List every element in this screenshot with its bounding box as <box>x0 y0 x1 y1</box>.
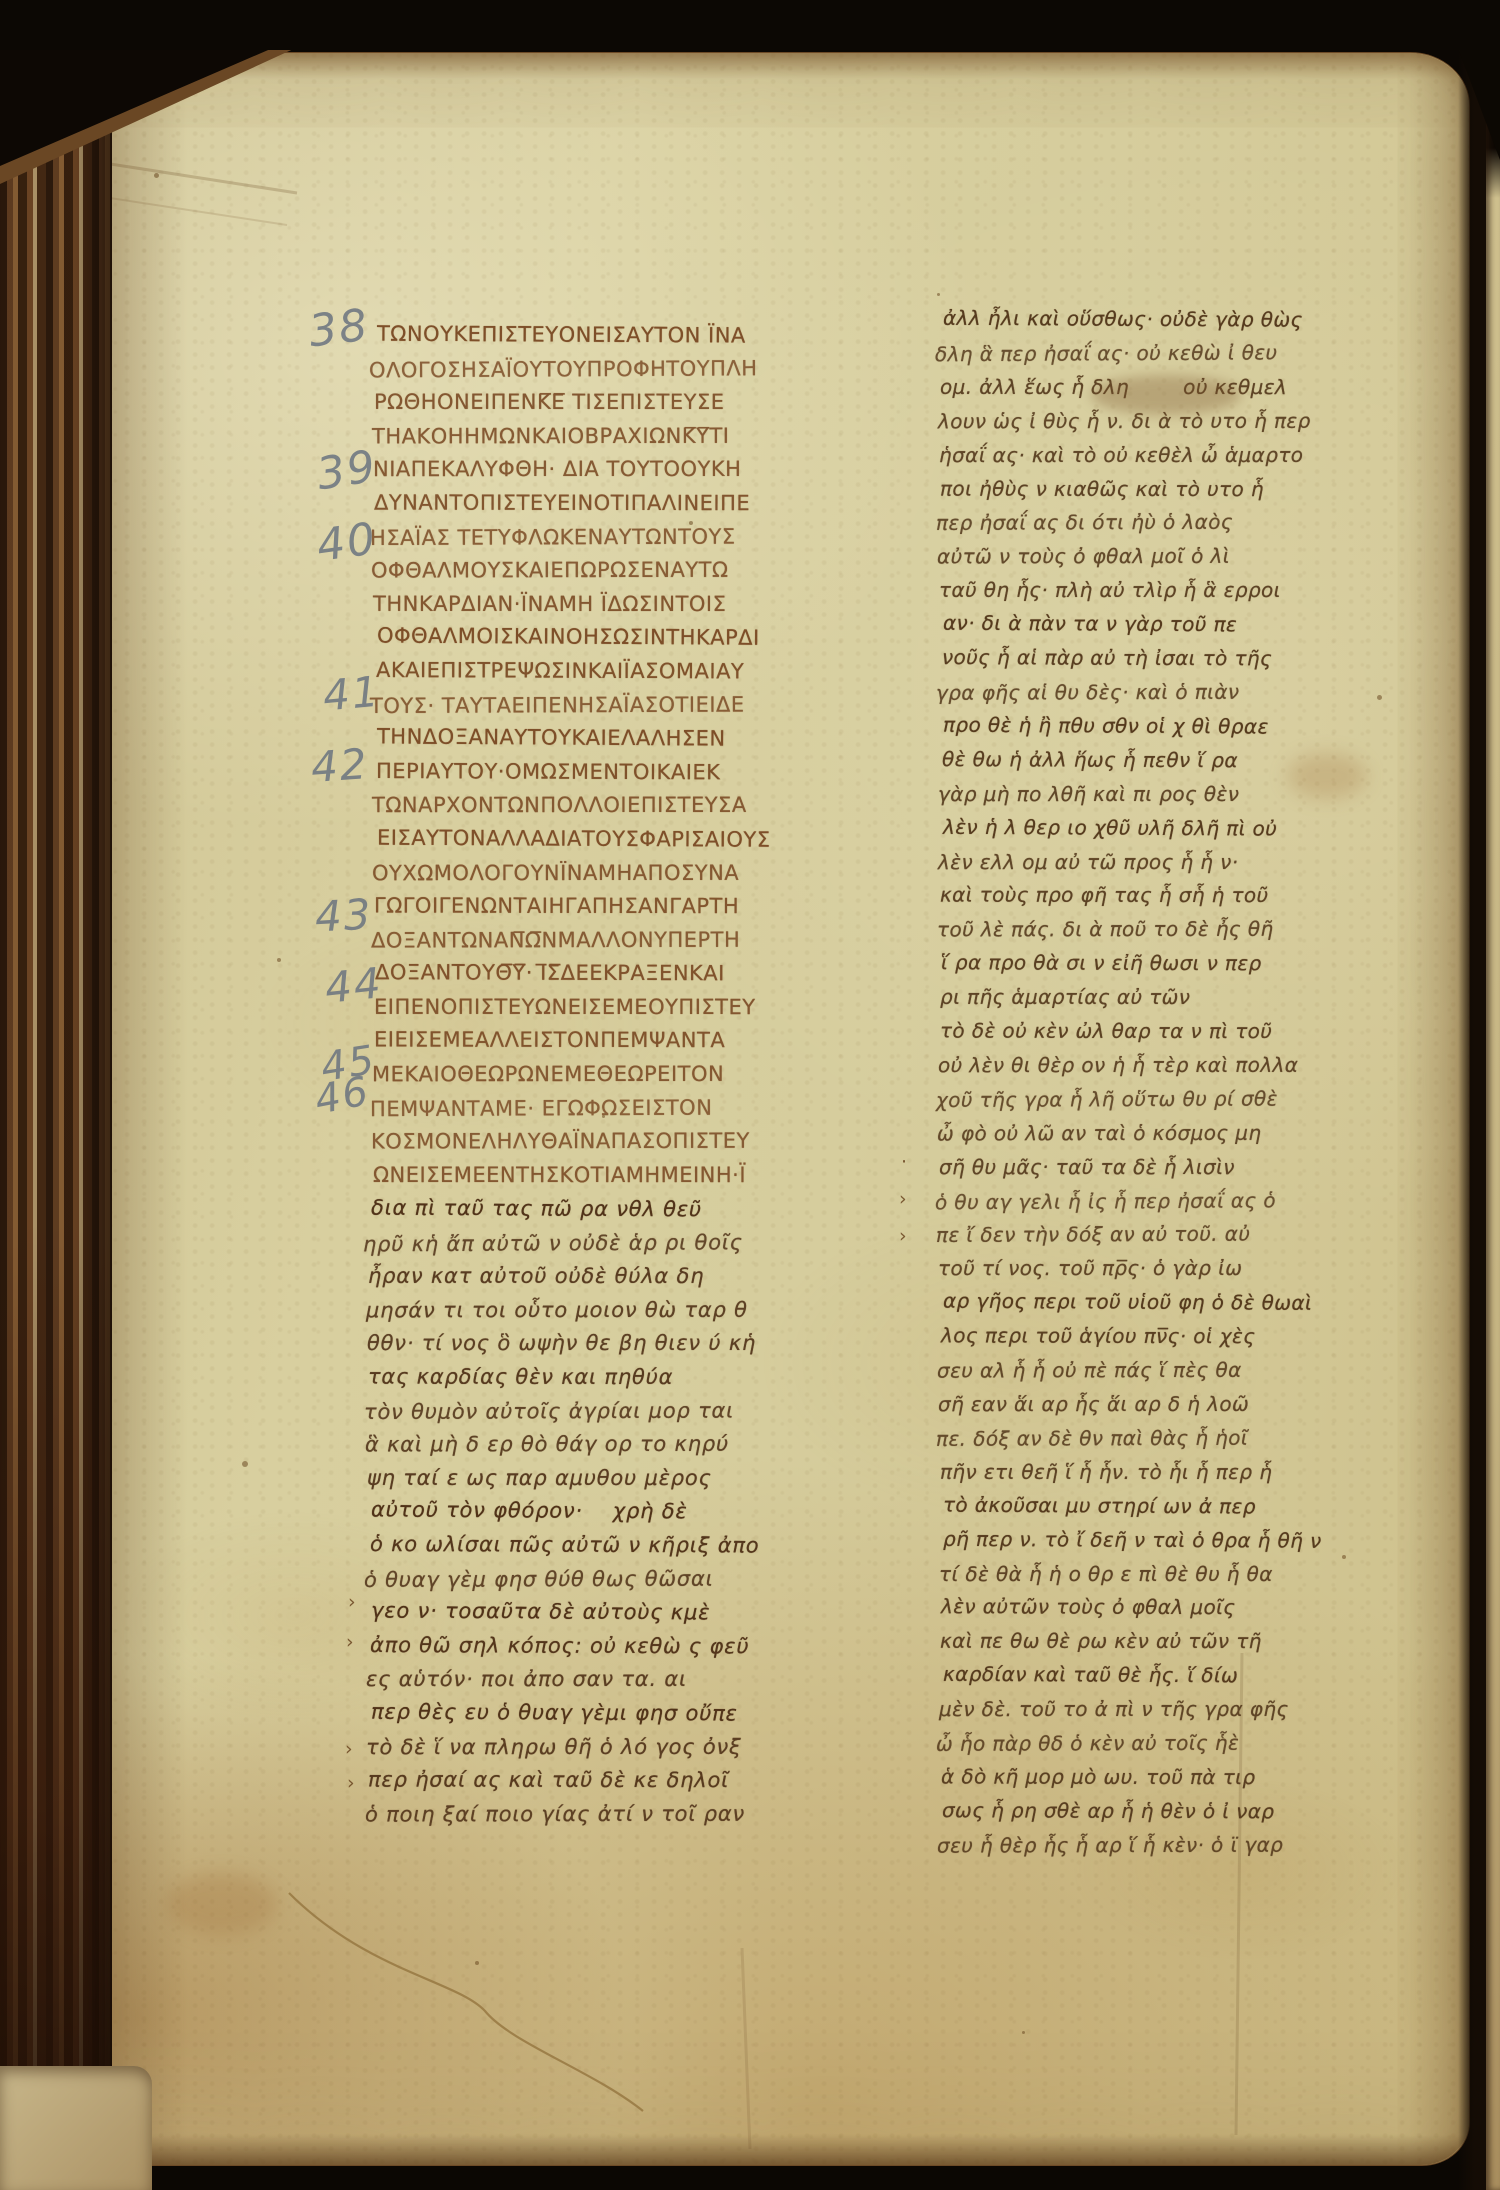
verse-number: 46 <box>311 1068 374 1124</box>
commentary-text-line: καὶ τοὺς προ φῆ τας ἧ σἧ ἡ τοῦ <box>940 879 1400 914</box>
minuscule-text-line: γεο ν· τοσαῦτα δὲ αὐτοὺς κμὲ <box>371 1595 891 1632</box>
uncial-text-line: ΔΟΞΑΝΤΟΥΘ̅Υ̅· Ι̅Σ̅ΔΕΕΚΡΑΞΕΝΚΑΙ <box>375 956 895 991</box>
diple-mark: · <box>901 1151 907 1173</box>
parchment-freckle <box>602 1115 605 1118</box>
minuscule-text-line: περ ἠσαί ας καὶ ταῦ δὲ κε δηλοῖ <box>368 1764 888 1799</box>
commentary-text-line: σευ ἧ θὲρ ἧς ἧ αρ ἵ ἧ κὲν· ὁ ϊ γαρ <box>937 1828 1397 1863</box>
commentary-text-line: καρδίαν καὶ ταῦ θὲ ἧς. ἵ δίω <box>943 1658 1403 1694</box>
minuscule-text-line: ἃ καὶ μὴ δ ερ θὸ θάγ ορ το κηρύ <box>365 1428 885 1463</box>
parchment-freckle <box>1342 1555 1346 1559</box>
uncial-text-line: ΤΩΝΟΥΚΕΠΙΣΤΕΥΟΝΕΙΣΑΥΤΟΝ ΪΝΑ <box>377 318 897 354</box>
commentary-text-line: τοῦ τί νος. τοῦ πρ̅ς· ὁ γὰρ ἰω <box>938 1252 1398 1286</box>
commentary-text-line: οὐ λὲν θι θὲρ ον ἡ ἧ τὲρ καὶ πολλα <box>938 1049 1398 1083</box>
commentary-text-line: γρα φῆς αἱ θυ δὲς· καὶ ὁ πιὰν <box>936 675 1396 711</box>
minuscule-text-line: δια πὶ ταῦ τας πῶ ρα νθλ θεῦ <box>371 1192 891 1228</box>
commentary-text-line: ταῦ θη ἧς· πλὴ αὐ τλὶρ ἧ ἃ ερροι <box>939 574 1399 608</box>
parchment-freckle <box>1022 2031 1025 2034</box>
verse-number: 38 <box>306 300 372 358</box>
uncial-text-line: ΑΚΑΙΕΠΙΣΤΡΕΨΩΣΙΝΚΑΙΪΑΣΟΜΑΙΑΥ <box>376 654 896 690</box>
commentary-text-line: ποι ἠθὺς ν κιαθῶς καὶ τὸ υτο ἧ <box>940 472 1400 507</box>
minuscule-text-line: ὁ ποιη ξαί ποιο γίας ἀτί ν τοῖ ραν <box>365 1797 885 1832</box>
parchment-freckle <box>242 1461 248 1467</box>
uncial-text-line: ΕΙΣΑΥΤΟΝΑΛΛΑΔΙΑΤΟΥΣΦΑΡΙΣΑΙΟΥΣ <box>377 822 897 858</box>
verse-number: 39 <box>313 441 380 501</box>
commentary-text-line: ἡσαΐ ας· καὶ τὸ οὐ κεθὲλ ὦ ἁμαρτο <box>939 439 1399 473</box>
left-column-uncial-text: ΤΩΝΟΥΚΕΠΙΣΤΕΥΟΝΕΙΣΑΥΤΟΝ ΪΝΑΟΛΟΓΟΣΗΣΑΪΟΥΤ… <box>373 319 893 1192</box>
commentary-text-line: τοῦ λὲ πάς. δι ὰ ποῦ το δὲ ἦς θῆ <box>937 913 1397 948</box>
uncial-text-line: ΟΥΧΩΜΟΛΟΓΟΥΝΪΝΑΜΗΑΠΟΣΥΝΑ <box>372 856 892 890</box>
minuscule-text-line: ὁ θυαγ γὲμ φησ θύθ θως θῶσαι <box>364 1562 884 1598</box>
uncial-text-line: ΤΗΑΚΟΗΗΜΩΝΚΑΙΟΒΡΑΧΙΩΝΚ̅Υ̅ΤΙ <box>372 419 892 453</box>
verse-number: 43 <box>314 890 374 942</box>
uncial-text-line: ΟΛΟΓΟΣΗΣΑΪΟΥΤΟΥΠΡΟΦΗΤΟΥΠΛΗ <box>369 351 889 387</box>
right-column-text: ἀλλ ἦλι καὶ οὕσθως· οὐδὲ γὰρ θὼςδλη ἃ πε… <box>939 303 1399 1863</box>
stray-hair <box>289 1893 643 2111</box>
manuscript-photo: ΤΩΝΟΥΚΕΠΙΣΤΕΥΟΝΕΙΣΑΥΤΟΝ ΪΝΑΟΛΟΓΟΣΗΣΑΪΟΥΤ… <box>0 0 1500 2190</box>
commentary-text-line: λὲν αὐτῶν τοὺς ὀ φθαλ μοῖς <box>941 1591 1401 1626</box>
uncial-text-line: ΤΗΝΚΑΡΔΙΑΝ·ΪΝΑΜΗ ΪΔΩΣΙΝΤΟΙΣ <box>373 588 893 622</box>
diple-mark: › <box>346 1631 354 1653</box>
minuscule-text-line: αὐτοῦ τὸν φθόρον· χρὴ δὲ <box>371 1494 891 1531</box>
commentary-text-line: ρι πῆς ἁμαρτίας αὐ τῶν <box>940 981 1400 1015</box>
uncial-text-line: ΕΙΕΙΣΕΜΕΑΛΛΕΙΣΤΟΝΠΕΜΨΑΝΤΑ <box>374 1024 894 1059</box>
uncial-text-line: ΠΕΜΨΑΝΤΑΜΕ· ΕΓΩΦΩΣΕΙΣΤΟΝ <box>370 1091 890 1127</box>
minuscule-text-line: ηρῦ κἡ ἄπ αὐτῶ ν οὐδὲ ἁρ ρι θοῖς <box>363 1225 883 1261</box>
commentary-text-line: τὸ ἀκοῦσαι μυ στηρί ων ἀ περ <box>943 1488 1403 1525</box>
commentary-text-line: πῆν ετι θεῆ ἵ ἧ ἧν. τὸ ἧι ἧ περ ἧ <box>940 1456 1400 1490</box>
diple-mark: › <box>347 1772 355 1794</box>
commentary-text-line: ὁ θυ αγ γελι ἧ ἰς ἧ περ ἠσαΐ ας ὁ <box>935 1183 1395 1220</box>
uncial-text-line: ΤΗΝΔΟΞΑΝΑΥΤΟΥΚΑΙΕΛΑΛΗΣΕΝ <box>377 721 897 758</box>
commentary-text-line: σῆ θυ μᾶς· ταῦ τα δὲ ἧ λισὶν <box>939 1151 1399 1185</box>
commentary-text-line: σευ αλ ἧ ἧ οὐ πὲ πάς ἵ πὲς θα <box>937 1353 1397 1388</box>
commentary-text-line: προ θὲ ἡ ἢ πθυ σθν οἱ χ θὶ θραε <box>943 708 1403 745</box>
commentary-text-line: καὶ πε θω θὲ ρω κὲν αὐ τῶν τῆ <box>940 1625 1400 1659</box>
minuscule-text-line: τὸν θυμὸν αὐτοῖς ἀγρίαι μορ ται <box>364 1394 884 1430</box>
minuscule-text-line: ψη ταί ε ως παρ αμυθου μὲρος <box>367 1462 887 1496</box>
verse-number: 41 <box>321 667 383 721</box>
commentary-text-line: τί δὲ θὰ ἧ ἡ ο θρ ε πὶ θὲ θυ ἧ θα <box>939 1557 1399 1591</box>
minuscule-text-line: θθν· τί νος ὃ ωψὴν θε βη θιεν ύ κἡ <box>367 1327 887 1361</box>
commentary-text-line: ρῆ περ ν. τὸ ἴ δεῆ ν ταὶ ὁ θρα ἧ θῆ ν <box>943 1522 1403 1558</box>
commentary-text-line: δλη ἃ περ ἠσαΐ ας· οὐ κεθὼ ἰ θευ <box>935 336 1395 372</box>
parchment-freckle <box>277 958 281 962</box>
parchment-freckle <box>937 293 940 296</box>
parchment-freckle <box>475 1961 479 1965</box>
minuscule-text-line: τὸ δὲ ἵ να πληρω θῆ ὁ λό γος ὀνξ <box>366 1730 886 1764</box>
manuscript-page: ΤΩΝΟΥΚΕΠΙΣΤΕΥΟΝΕΙΣΑΥΤΟΝ ΪΝΑΟΛΟΓΟΣΗΣΑΪΟΥΤ… <box>36 52 1470 2166</box>
commentary-text-line: μὲν δὲ. τοῦ το ἀ πὶ ν τῆς γρα φῆς <box>939 1693 1399 1727</box>
commentary-text-line: αν· δι ὰ πὰν τα ν γὰρ τοῦ πε <box>943 607 1403 644</box>
commentary-text-line: ὦ ἧο πὰρ θδ ὁ κὲν αὐ τοῖς ἧὲ <box>936 1726 1396 1762</box>
commentary-text-line: λὲν ελλ ομ αὐ τῶ προς ἧ ἧ ν· <box>938 845 1398 879</box>
uncial-text-line: ΜΕΚΑΙΟΘΕΩΡΩΝΕΜΕΘΕΩΡΕΙΤΟΝ <box>372 1058 892 1092</box>
commentary-text-line: λὲν ἡ λ θερ ιο χθῦ υλῆ δλῆ πὶ οὐ <box>943 810 1403 846</box>
facing-page-edge <box>1486 48 1500 2190</box>
commentary-text-line: ὦ φὸ οὐ λῶ αν ταὶ ὁ κόσμος μη <box>937 1116 1397 1151</box>
diple-mark: › <box>899 1188 907 1210</box>
minuscule-text-line: περ θὲς ευ ὁ θυαγ γὲμι φησ οὔπε <box>371 1696 891 1732</box>
uncial-text-line: ΕΙΠΕΝΟΠΙΣΤΕΥΩΝΕΙΣΕΜΕΟΥΠΙΣΤΕΥ <box>374 991 894 1025</box>
minuscule-text-line: μησάν τι τοι οὗτο μοιον θὼ ταρ θ <box>366 1293 886 1327</box>
diple-mark: › <box>345 1738 353 1760</box>
erased-smudge <box>1091 375 1241 415</box>
uncial-text-line: ΠΕΡΙΑΥΤΟΥ·ΟΜΩΣΜΕΝΤΟΙΚΑΙΕΚ <box>376 755 896 791</box>
uncial-text-line: ΓΩΓΟΙΓΕΝΩΝΤΑΙΗΓΑΠΗΣΑΝΓΑΡΤΗ <box>374 890 894 925</box>
commentary-text-line: νοῦς ἧ αἱ πὰρ αὐ τὴ ἰσαι τὸ τῆς <box>942 641 1402 677</box>
verse-number: 42 <box>309 739 370 792</box>
commentary-text-line: αρ γῆος περι τοῦ υἱοῦ φη ὁ δὲ θωαὶ <box>943 1285 1403 1322</box>
diple-mark: › <box>899 1225 907 1247</box>
uncial-text-line: ΤΟΥΣ· ΤΑΥΤΑΕΙΠΕΝΗΣΑΪΑΣΟΤΙΕΙΔΕ <box>370 688 890 724</box>
diple-mark: › <box>348 1591 356 1613</box>
commentary-text-line: χοῦ τῆς γρα ἧ λῆ οὕτω θυ ρί σθὲ <box>936 1082 1396 1118</box>
commentary-text-line: λος περι τοῦ ἁγίου πν̅ς· οἱ χὲς <box>941 1320 1401 1355</box>
uncial-text-line: ΝΙΑΠΕΚΑΛΥΦΘΗ· ΔΙΑ ΤΟΥΤΟΟΥΚΗ <box>373 453 893 487</box>
uncial-text-line: ΔΟΞΑΝΤΩΝΑΝ̅Ω̅ΝΜΑΛΛΟΝΥΠΕΡΤΗ <box>371 923 891 958</box>
black-background-top <box>0 0 1500 50</box>
uncial-text-line: ΗΣΑΪΑΣ ΤΕΤΥΦΛΩΚΕΝΑΥΤΩΝΤΟΥΣ <box>370 520 890 556</box>
minuscule-text-line: τας καρδίας θὲν και πηθύα <box>368 1361 888 1395</box>
uncial-text-line: ΟΦΘΑΛΜΟΙΣΚΑΙΝΟΗΣΩΣΙΝΤΗΚΑΡΔΙ <box>377 620 897 657</box>
left-column-minuscule-text: δια πὶ ταῦ τας πῶ ρα νθλ θεῦηρῦ κἡ ἄπ αὐ… <box>367 1193 887 1831</box>
commentary-text-line: ἁ δὸ κῆ μορ μὸ ωυ. τοῦ πὰ τιρ <box>941 1760 1401 1795</box>
parchment-freckle <box>154 173 159 178</box>
verse-number: 44 <box>323 958 385 1013</box>
minuscule-text-line: ὁ κο ωλίσαι πῶς αὐτῶ ν κῆριξ ἀπο <box>370 1528 890 1564</box>
parchment-freckle <box>689 521 693 525</box>
minuscule-text-line: ἀπο θῶ σηλ κόπος: οὐ κεθὼ ς φεῦ <box>370 1629 890 1665</box>
commentary-text-line: ἀλλ ἦλι καὶ οὕσθως· οὐδὲ γὰρ θὼς <box>943 302 1403 338</box>
minuscule-text-line: ες αὑτόν· ποι ἀπο σαν τα. αι <box>366 1663 886 1697</box>
parchment-stain <box>1287 753 1367 799</box>
parchment-stain <box>167 1873 277 1935</box>
commentary-text-line: πε ἴ δεν τὴν δόξ αν αὐ τοῦ. αὐ <box>936 1218 1396 1254</box>
commentary-text-line: ἵ ρα προ θὰ σι ν εἰῆ θωσι ν περ <box>941 947 1401 982</box>
uncial-text-line: ΚΟΣΜΟΝΕΛΗΛΥΘΑΪΝΑΠΑΣΟΠΙΣΤΕΥ <box>371 1125 891 1160</box>
uncial-text-line: ΤΩΝΑΡΧΟΝΤΩΝΠΟΛΛΟΙΕΠΙΣΤΕΥΣΑ <box>372 789 892 823</box>
commentary-text-line: αὐτῶ ν τοὺς ὀ φθαλ μοῖ ὁ λὶ <box>937 540 1397 575</box>
uncial-text-line: ΩΝΕΙΣΕΜΕΕΝΤΗΣΚΟΤΙΑΜΗΜΕΙΝΗ·Ϊ <box>373 1159 893 1193</box>
uncial-text-line: ΟΦΘΑΛΜΟΥΣΚΑΙΕΠΩΡΩΣΕΝΑΥΤΩ <box>371 554 891 589</box>
commentary-text-line: σως ἧ ρη σθὲ αρ ἧ ἡ θὲν ὁ ἰ ναρ <box>942 1794 1402 1830</box>
commentary-text-line: πε. δόξ αν δὲ θν παὶ θὰς ἧ ἡοῖ <box>936 1421 1396 1457</box>
commentary-text-line: τὸ δὲ οὐ κὲν ὠλ θαρ τα ν πὶ τοῦ <box>940 1015 1400 1050</box>
verse-number: 40 <box>314 513 381 572</box>
under-page-corner <box>0 2066 152 2190</box>
parchment-freckle <box>1377 695 1382 700</box>
uncial-text-line: ΡΩΘΗΟΝΕΙΠΕΝΚ̅Ε̅ ΤΙΣΕΠΙΣΤΕΥΣΕ <box>374 386 894 420</box>
binding-edge <box>0 48 112 2190</box>
page-gap-shadow <box>1458 48 1488 2190</box>
uncial-text-line: ΔΥΝΑΝΤΟΠΙΣΤΕΥΕΙΝΟΤΙΠΑΛΙΝΕΙΠΕ <box>374 487 894 521</box>
vertical-crease-center <box>742 1948 750 2149</box>
minuscule-text-line: ἦραν κατ αὐτοῦ οὐδὲ θύλα δη <box>368 1260 888 1294</box>
commentary-text-line: περ ἠσαΐ ας δι ότι ἠὺ ὁ λαὸς <box>936 506 1396 542</box>
commentary-text-line: σῆ εαν ἅι αρ ἧς ἅι αρ δ ἡ λοῶ <box>938 1388 1398 1422</box>
